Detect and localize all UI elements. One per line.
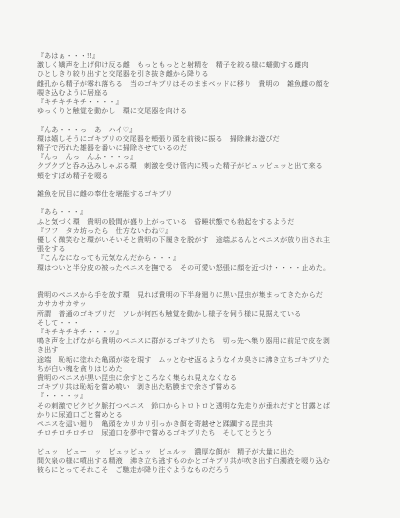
text-line: 環はついと半分皮の被ったペニスを撫でる その可愛い怒張に顔を近づけ・・・・止めた… [37, 264, 376, 273]
text-line: 『キチキチキチ・・・ッ』 [37, 328, 376, 337]
text-line: 途端 恥垢に塗れた亀頭が姿を現す ムッとむせ返るようなイカ臭さに沸き立ちゴキブリ… [37, 356, 376, 365]
text-line: 『んあ・・・っ あ ハイ♡』 [37, 126, 376, 135]
text-line: 優しく微笑むと環がいそいそと貴明の下履きを脱がす 途端ぶるんとペニスが放り出され… [37, 236, 376, 245]
text-line: 『んっ んっ んふ・・・っ』 [37, 153, 376, 162]
text-line: 張をする [37, 245, 376, 254]
text-line: 『こんなになっても元気なんだから・・・』 [37, 254, 376, 263]
text-line: ペニスを這い廻り 亀頭をカリカリ引っかき餌を寄越せと蹂躙する昆虫共 [37, 420, 376, 429]
text-line [37, 199, 376, 208]
text-line [37, 116, 376, 125]
text-line: ふと気づく環 貴明の股間が盛り上がっている 昏睡状態でも勃起をするようだ [37, 218, 376, 227]
text-line: 間欠泉の様に噴出する精液 沸き立ち逃すものかとゴキブリ共が吹き出す白濁液を啜り込… [37, 457, 376, 466]
text-line: ちが白い塊を貪りはじめた [37, 365, 376, 374]
text-line [37, 181, 376, 190]
text-line [37, 282, 376, 291]
text-line: カサカサカサッ [37, 300, 376, 309]
text-line: 『・・・・ッ』 [37, 392, 376, 401]
text-line: 貴明のペニスが黒い昆虫に余すところなく集られ見えなくなる [37, 374, 376, 383]
text-line: 『フフ タカ坊ったら 仕方ないわね♡』 [37, 227, 376, 236]
text-line: クプクプと呑み込みしゃぶる環 刺激を受け管内に残った精子がビュッビュッと出て来る [37, 162, 376, 171]
text-line [37, 273, 376, 282]
text-line: かりに尿道口ごと嘗めとる [37, 411, 376, 420]
text-line: 激しく嬌声を上げ仰け反る雌 もっともっとと射精を 精子を絞る様に蠕動する雌肉 [37, 61, 376, 70]
text-document-page: 『あはぁ・・・!!』激しく嬌声を上げ仰け反る雌 もっともっとと射精を 精子を絞る… [0, 0, 400, 518]
text-line: 彼らにとってそれこそ ご馳走が降り注ぐようなものだろう [37, 466, 376, 475]
text-line: 『キチキチキチ・・・・』 [37, 98, 376, 107]
text-line: ゆっくりと触覚を動かし 環に交尾器を向ける [37, 107, 376, 116]
text-line: 貴明のペニスから手を放す環 見れば貴明の下半身廻りに黒い昆虫が集まってきたからだ [37, 291, 376, 300]
text-line: ゴキブリ共は恥垢を嘗め喰い 剥き出た粘膜まで余さず嘗める [37, 383, 376, 392]
text-document-body: 『あはぁ・・・!!』激しく嬌声を上げ仰け反る雌 もっともっとと射精を 精子を絞る… [37, 52, 376, 475]
text-line: チロチロチロチロ 尿道口を夢中で嘗めるゴキブリたち そしてとうとう [37, 429, 376, 438]
text-line: 環は嬉しそうにゴキブリの交尾器を頬張り頭を前後に振る 掃除兼お遊びだ [37, 135, 376, 144]
text-line: 雌孔から精子が零れ落ちる 当のゴキブリはそのままベッドに移り 貴明の 雑魚雌の顔… [37, 80, 376, 89]
text-line: 所謂 普通のゴキブリだ ソレが何匹も触覚を動かし様子を伺う様に見据えている [37, 310, 376, 319]
text-line: その刺激でビクビク脈打つペニス 鈴口からトロトロと透明な先走りが垂れだすと甘露と… [37, 402, 376, 411]
text-line: 鳴き声を上げながら貴明のペニスに群がるゴキブリたち 切っ先へ集り器用に前足で皮を… [37, 337, 376, 346]
text-line: そして・・・ [37, 319, 376, 328]
text-line: ひとしきり絞り出すと交尾器を引き抜き雌から降りる [37, 70, 376, 79]
text-line: 雑魚を尻目に雌の奉仕を堪能するゴキブリ [37, 190, 376, 199]
text-line: 覗き込むように居座る [37, 89, 376, 98]
text-line: ビュッ ビュー ッ ビュッビュッ ビュルッ 濃厚な餌が 精子が大量に出た [37, 448, 376, 457]
text-line: 頬をすぼめ精子を啜る [37, 172, 376, 181]
text-line: き出す [37, 346, 376, 355]
text-line: 精子で汚れた雄器を番いに掃除させているのだ [37, 144, 376, 153]
text-line: 『あら・・・』 [37, 208, 376, 217]
text-line: 『あはぁ・・・!!』 [37, 52, 376, 61]
text-line [37, 438, 376, 447]
